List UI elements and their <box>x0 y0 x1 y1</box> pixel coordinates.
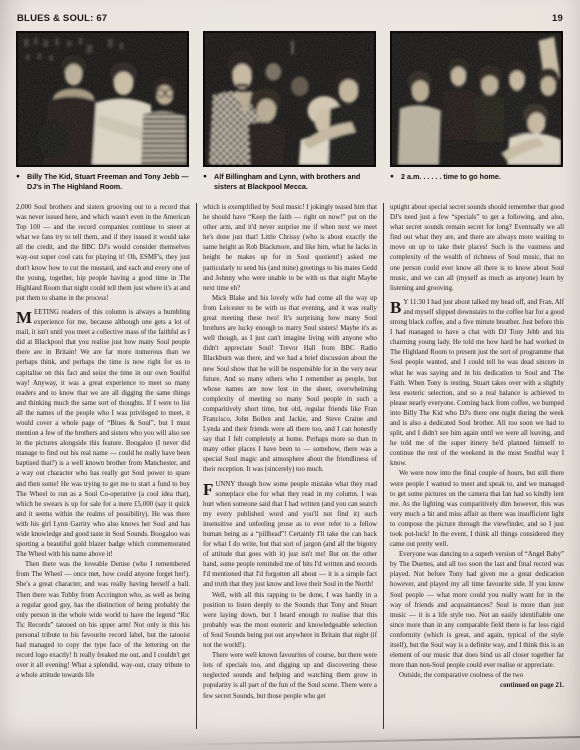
page-number: 19 <box>552 13 563 24</box>
paragraph-text: UNNY though how some people mistake what… <box>203 481 377 589</box>
paragraph-text: EETING readers of this column is always … <box>16 309 190 558</box>
paragraph: Well, with all this rapping to be done, … <box>203 591 377 652</box>
paragraph-dropcap: MEETING readers of this column is always… <box>16 308 190 560</box>
paragraph-dropcap: BY 11:30 I had just about talked my head… <box>390 298 564 470</box>
photo-blackpool-mecca-group <box>203 31 376 167</box>
continued-notice: continued on page 21. <box>390 681 564 691</box>
caption-row: ● Billy The Kid, Stuart Freeman and Tony… <box>16 172 564 193</box>
page-header: BLUES & SOUL: 67 19 <box>17 13 563 24</box>
paragraph: uptight about special secret sounds shou… <box>390 203 564 294</box>
article-body: 2,000 Soul brothers and sisters grooving… <box>16 203 564 729</box>
article-column-1: 2,000 Soul brothers and sisters grooving… <box>16 203 196 729</box>
magazine-title: BLUES & SOUL: 67 <box>17 13 107 24</box>
paragraph: Then there was the loveable Denise (who … <box>16 560 190 681</box>
paragraph: Everyone was dancing to a superb version… <box>390 550 564 671</box>
dropcap-letter: M <box>16 308 34 325</box>
bullet-icon: ● <box>390 172 394 181</box>
article-column-2: which is exemplified by Soul music! I jo… <box>196 203 383 729</box>
paragraph: which is exemplified by Soul music! I jo… <box>203 203 377 294</box>
dropcap-letter: F <box>203 480 215 497</box>
photo-two-am-crowd <box>390 31 563 167</box>
photo-caption-1: ● Billy The Kid, Stuart Freeman and Tony… <box>16 172 189 193</box>
photo-caption-2-text: Alf Billingham and Lynn, with brothers a… <box>214 172 360 191</box>
bullet-icon: ● <box>16 172 20 181</box>
bullet-icon: ● <box>203 172 207 181</box>
dropcap-letter: B <box>390 298 403 315</box>
scan-edge-artifact <box>164 736 580 746</box>
paragraph: We were now into the final couple of hou… <box>390 469 564 550</box>
paragraph: Mick Blake and his lovely wife had come … <box>203 294 377 476</box>
article-column-3: uptight about special secret sounds shou… <box>383 203 564 729</box>
photo-caption-1-text: Billy The Kid, Stuart Freeman and Tony J… <box>27 172 189 191</box>
paragraph: 2,000 Soul brothers and sisters grooving… <box>16 203 190 304</box>
paragraph-text: Y 11:30 I had just about talked my head … <box>390 299 564 468</box>
photo-caption-3-text: 2 a.m. . . . . . time to go home. <box>401 172 501 181</box>
paragraph: There were well known favourites of cour… <box>203 651 377 701</box>
paragraph: Outside, the comparative coolness of the… <box>390 671 564 681</box>
photo-caption-2: ● Alf Billingham and Lynn, with brothers… <box>203 172 376 193</box>
photo-strip <box>16 31 564 167</box>
magazine-page: BLUES & SOUL: 67 19 <box>0 0 580 750</box>
photo-highland-room-djs <box>16 31 189 167</box>
paragraph-dropcap: FUNNY though how some people mistake wha… <box>203 480 377 591</box>
photo-caption-3: ● 2 a.m. . . . . . time to go home. <box>390 172 563 193</box>
